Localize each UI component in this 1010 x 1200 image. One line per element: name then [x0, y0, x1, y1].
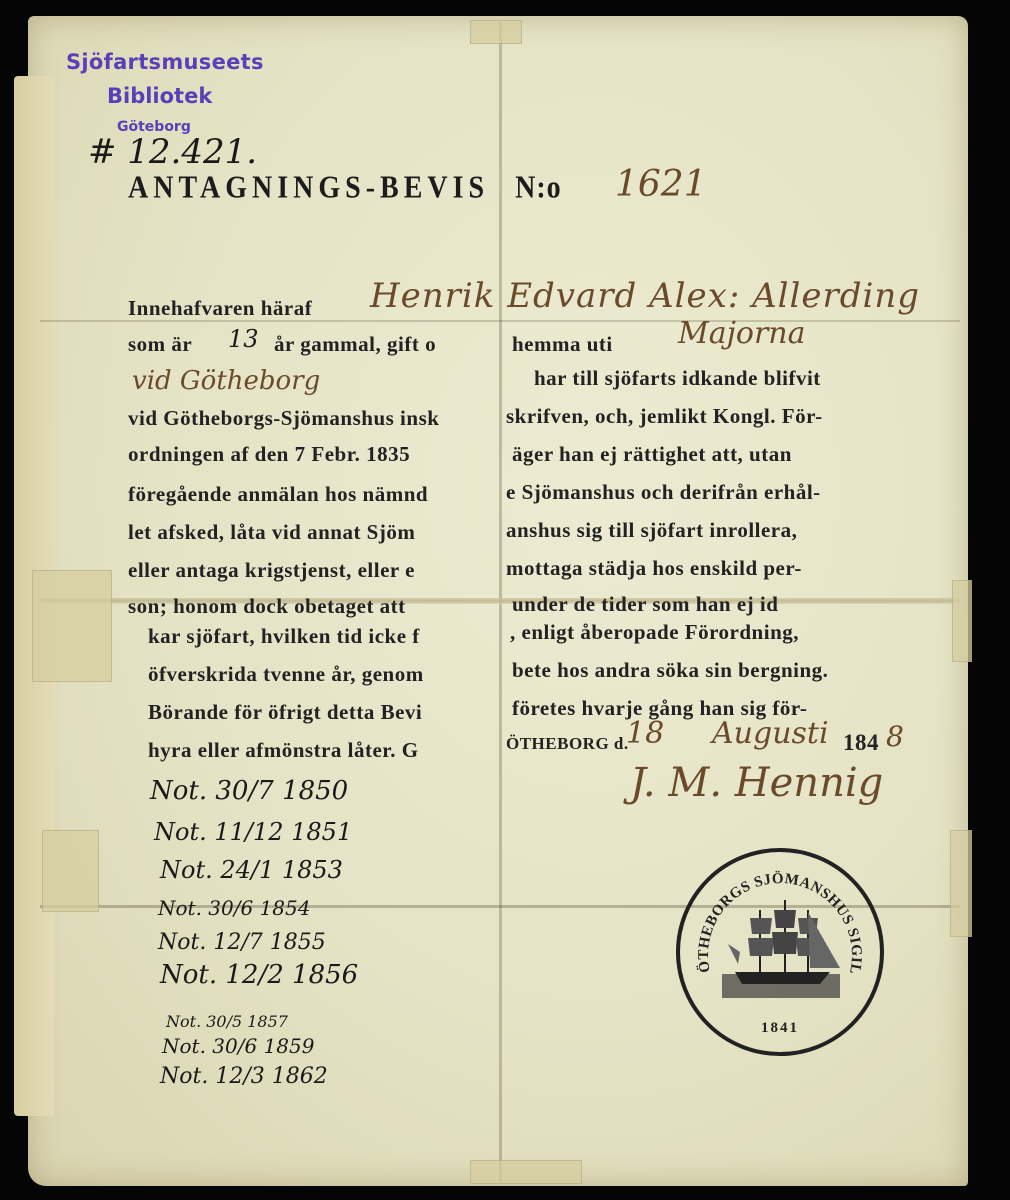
handwritten-date-day: 18 — [626, 716, 664, 751]
text-line: let afsked, låta vid annat Sjöm — [128, 520, 415, 545]
text-line: ÖTHEBORG d. — [506, 734, 629, 754]
text-line: vid Götheborgs-Sjömanshus insk — [128, 406, 439, 431]
number-label: N:o — [515, 170, 562, 206]
tape-bottom — [470, 1160, 582, 1184]
handwritten-residence: Majorna — [678, 316, 806, 351]
text-line: anshus sig till sjöfart inrollera, — [506, 518, 797, 543]
annotation-entry: Not. 30/6 1859 — [162, 1034, 314, 1058]
tape-right-upper — [952, 580, 972, 662]
text-line: kar sjöfart, hvilken tid icke f — [148, 624, 420, 649]
text-line: , enligt åberopade Förordning, — [510, 620, 799, 645]
text-line: eller antaga krigstjenst, eller e — [128, 558, 415, 583]
text-line: Börande för öfrigt detta Bevi — [148, 700, 422, 725]
certificate-number: 1621 — [615, 164, 707, 205]
annotation-entry: Not. 30/5 1857 — [166, 1012, 288, 1031]
text-line: Innehafvaren häraf — [128, 296, 312, 321]
printed-year-prefix: 184 — [843, 730, 879, 756]
annotation-entry: Not. 12/3 1862 — [160, 1064, 328, 1089]
title-text: ANTAGNINGS-BEVIS — [128, 170, 489, 206]
annotation-entry: Not. 12/2 1856 — [160, 960, 358, 990]
text-line: år gammal, gift o — [274, 332, 436, 357]
handwritten-year-suffix: 8 — [886, 720, 904, 753]
library-stamp-line2: Bibliotek — [107, 86, 212, 107]
handwritten-age: 13 — [228, 325, 259, 353]
svg-text:GÖTHEBORGS SJÖMANSHUS SIGILL: GÖTHEBORGS SJÖMANSHUS SIGILL — [680, 852, 864, 976]
tape-left-lower — [42, 830, 99, 912]
annotation-entry: Not. 11/12 1851 — [154, 818, 352, 846]
library-stamp-line1: Sjöfartsmuseets — [66, 52, 264, 73]
handwritten-date-month: Augusti — [712, 716, 829, 751]
text-line: ordningen af den 7 Febr. 1835 — [128, 442, 410, 467]
annotation-entry: Not. 12/7 1855 — [158, 930, 326, 955]
annotation-entry: Not. 30/6 1854 — [158, 896, 310, 920]
annotation-entry: Not. 24/1 1853 — [160, 856, 343, 884]
text-line: hemma uti — [512, 332, 613, 357]
accession-number: # 12.421. — [88, 132, 257, 172]
text-line: mottaga städja hos enskild per- — [506, 556, 802, 581]
text-line: skrifven, och, jemlikt Kongl. För- — [506, 404, 823, 429]
document-title: ANTAGNINGS-BEVIS N:o — [128, 170, 562, 207]
text-line: föregående anmälan hos nämnd — [128, 482, 428, 507]
tape-top — [470, 20, 522, 44]
text-line: bete hos andra söka sin bergning. — [512, 658, 828, 683]
text-line: son; honom dock obetaget att — [128, 594, 406, 619]
text-line: äger han ej rättighet att, utan — [512, 442, 792, 467]
seal-year: 1841 — [680, 1020, 880, 1037]
text-line: öfverskrida tvenne år, genom — [148, 662, 424, 687]
annotation-entry: Not. 30/7 1850 — [150, 776, 348, 806]
text-line: e Sjömanshus och derifrån erhål- — [506, 480, 821, 505]
text-line: hyra eller afmönstra låter. G — [148, 738, 419, 763]
seal-text: GÖTHEBORGS SJÖMANSHUS SIGILL — [680, 852, 864, 976]
handwritten-birthplace: vid Götheborg — [132, 366, 320, 396]
tape-left-upper — [32, 570, 112, 682]
signature: J. M. Hennig — [630, 760, 883, 806]
text-line: under de tider som han ej id — [512, 592, 778, 617]
official-seal: GÖTHEBORGS SJÖMANSHUS SIGILL 1841 — [676, 848, 884, 1056]
tape-right-lower — [950, 830, 972, 937]
text-line: som är — [128, 332, 192, 357]
text-line: har till sjöfarts idkande blifvit — [534, 366, 821, 391]
handwritten-holder-name: Henrik Edvard Alex: Allerding — [370, 276, 920, 316]
